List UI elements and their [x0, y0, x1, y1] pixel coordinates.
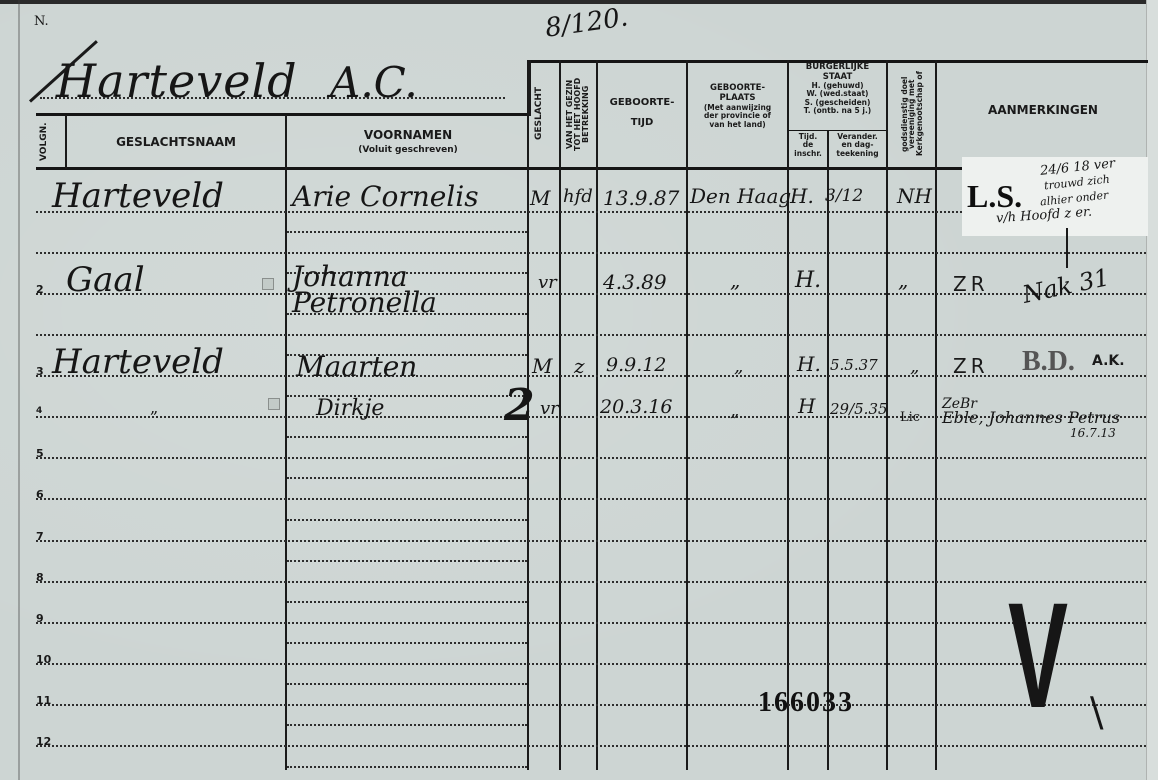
col-line-status-sub	[827, 130, 829, 770]
row-line-11	[36, 704, 1146, 706]
row3-sex: M	[532, 354, 552, 378]
small-tick-mark: /	[1090, 690, 1103, 736]
row-line-5	[36, 457, 1146, 459]
header-status-change-line-3: teekening	[829, 150, 886, 158]
row2-sex: vr	[538, 272, 557, 293]
given-subline	[287, 477, 527, 479]
row1-sex: M	[530, 186, 550, 210]
row3-stamp-ak: A.K.	[1092, 353, 1125, 369]
row2-religion: „	[898, 268, 908, 292]
row3-relation: z	[574, 354, 585, 378]
row3-given-names: Maarten	[296, 350, 417, 383]
row2-given-names: Johanna Petronella	[292, 264, 528, 316]
row4-birth-place: „	[730, 400, 739, 421]
row1-given-names: Arie Cornelis	[292, 180, 479, 213]
head-surname: Harteveld	[56, 54, 298, 108]
header-birthplace: GEBOORTE- PLAATS (Met aanwijzing der pro…	[688, 84, 787, 129]
row4-status-change: 29/5.35	[830, 400, 888, 418]
header-relation-line-1: BETREKKING	[582, 64, 590, 164]
row3-surname: Harteveld	[52, 342, 224, 382]
header-status-registration-line-3: inschr.	[789, 150, 827, 158]
header-volgn: VOLGN.	[40, 118, 58, 166]
header-remarks: AANMERKINGEN	[938, 104, 1148, 117]
row-number-8: 8	[36, 571, 44, 584]
row3-religion: „	[910, 356, 919, 377]
row1-birth-place: Den Haag	[690, 184, 791, 208]
row4-remark-date: 16.7.13	[1070, 426, 1116, 440]
row-number-9: 9	[36, 612, 44, 625]
registration-card: N. 8/120. Harteveld A.C. VOLGN. GESLACHT…	[0, 0, 1158, 780]
arrow-down-icon	[1066, 228, 1068, 268]
header-religion-line-2: vereeniging met	[908, 64, 916, 164]
header-relation-line-2: TOT HET HOOFD	[574, 64, 582, 164]
given-subline	[287, 436, 527, 438]
row2-remark-nak: Nak 31	[1020, 263, 1112, 309]
row-line-2b	[36, 334, 1146, 336]
row1-civil-status: H.	[790, 184, 814, 208]
header-civil-status-line-6: T. (ontb. na 5 j.)	[789, 107, 886, 115]
header-sex: GESLACHT	[535, 64, 553, 164]
corner-mark: N.	[34, 14, 49, 29]
row-number-6: 6	[36, 488, 44, 501]
row-number-4: 4	[36, 406, 42, 416]
row1-surname: Harteveld	[52, 176, 224, 216]
row1-religion: NH	[897, 184, 932, 208]
header-birthdate-1: GEBOORTE-	[598, 97, 686, 108]
row-number-3: 3	[36, 365, 44, 378]
card-top-edge	[0, 0, 1158, 4]
row-line-9	[36, 622, 1146, 624]
header-status-change: Verander. en dag- teekening	[829, 133, 886, 158]
given-subline	[287, 724, 527, 726]
given-subline	[287, 519, 527, 521]
header-birthplace-line-5: van het land)	[688, 121, 787, 130]
header-status-registration: Tijd. de inschr.	[789, 133, 827, 158]
header-top-border-left	[36, 113, 530, 116]
col-line-volgn	[65, 115, 67, 169]
status-sub-divider	[788, 130, 886, 131]
header-civil-status: BURGERLIJKE STAAT H. (gehuwd) W. (wed.st…	[789, 63, 886, 116]
marker-square	[262, 278, 274, 290]
row4-remark-name: Eble, Johannes Petrus	[942, 408, 1120, 427]
head-name-dotted-line	[40, 97, 505, 99]
header-religion-line-1: Kerkgenootschap of	[916, 64, 924, 164]
marker-square	[268, 398, 280, 410]
row-line-8	[36, 581, 1146, 583]
row-line-1b	[36, 252, 1146, 254]
given-subline	[287, 231, 527, 233]
given-subline	[287, 642, 527, 644]
given-subline	[287, 683, 527, 685]
row-line-7	[36, 540, 1146, 542]
row-line-10	[36, 663, 1146, 665]
card-left-edge	[18, 0, 20, 780]
row4-given-names: Dirkje	[316, 396, 384, 421]
row4-sex: vr	[540, 398, 559, 419]
row4-surname: „	[150, 398, 158, 417]
row3-status-change: 5.5.37	[830, 356, 878, 374]
row4-religion: Lic	[900, 410, 920, 425]
row4-civil-status: H	[798, 394, 815, 418]
given-subline	[287, 560, 527, 562]
row2-remark-zr: ZR	[953, 272, 989, 296]
header-given-names-sub: (Voluit geschreven)	[290, 146, 526, 156]
row4-relation-mark: 2	[504, 380, 535, 431]
row-line-6	[36, 498, 1146, 500]
row2-civil-status: H.	[795, 268, 821, 293]
row-number-5: 5	[36, 447, 44, 460]
header-surname: GESLACHTSNAAM	[70, 136, 282, 149]
row-number-11: 11	[36, 694, 51, 707]
row3-birth-date: 9.9.12	[606, 354, 666, 376]
head-initials: A.C.	[330, 58, 418, 107]
row2-birth-date: 4.3.89	[603, 270, 667, 294]
row2-birth-place: „	[730, 268, 740, 292]
header-birthdate-2: TIJD	[598, 117, 686, 128]
given-subline	[287, 766, 527, 768]
row4-birth-date: 20.3.16	[600, 396, 673, 418]
col-line-surname	[285, 115, 287, 770]
row3-remark-zr: ZR	[953, 354, 989, 378]
header-given-names: VOORNAMEN	[290, 129, 526, 142]
row3-birth-place: „	[734, 356, 743, 377]
row-number-10: 10	[36, 653, 51, 666]
check-mark-v: V	[1008, 580, 1068, 730]
header-relation: BETREKKING TOT HET HOOFD VAN HET GEZIN	[561, 64, 595, 164]
top-note: 8/120.	[543, 2, 630, 43]
row2-surname: Gaal	[66, 260, 145, 300]
serial-number: 166033	[758, 687, 854, 719]
header-religion-line-3: godsdienstig doel	[901, 64, 909, 164]
given-subline	[287, 601, 527, 603]
header-religion: Kerkgenootschap of vereeniging met godsd…	[889, 64, 935, 164]
row3-stamp-bd: B.D.	[1022, 346, 1075, 378]
row3-civil-status: H.	[797, 352, 821, 376]
row-number-2: 2	[36, 283, 44, 296]
row-line-12	[36, 745, 1146, 747]
row-number-7: 7	[36, 530, 44, 543]
header-relation-line-3: VAN HET GEZIN	[566, 64, 574, 164]
row1-birth-date: 13.9.87	[603, 186, 679, 210]
row1-status-change: 3/12	[825, 186, 863, 206]
row-number-12: 12	[36, 735, 51, 748]
row1-relation: hfd	[563, 186, 593, 207]
